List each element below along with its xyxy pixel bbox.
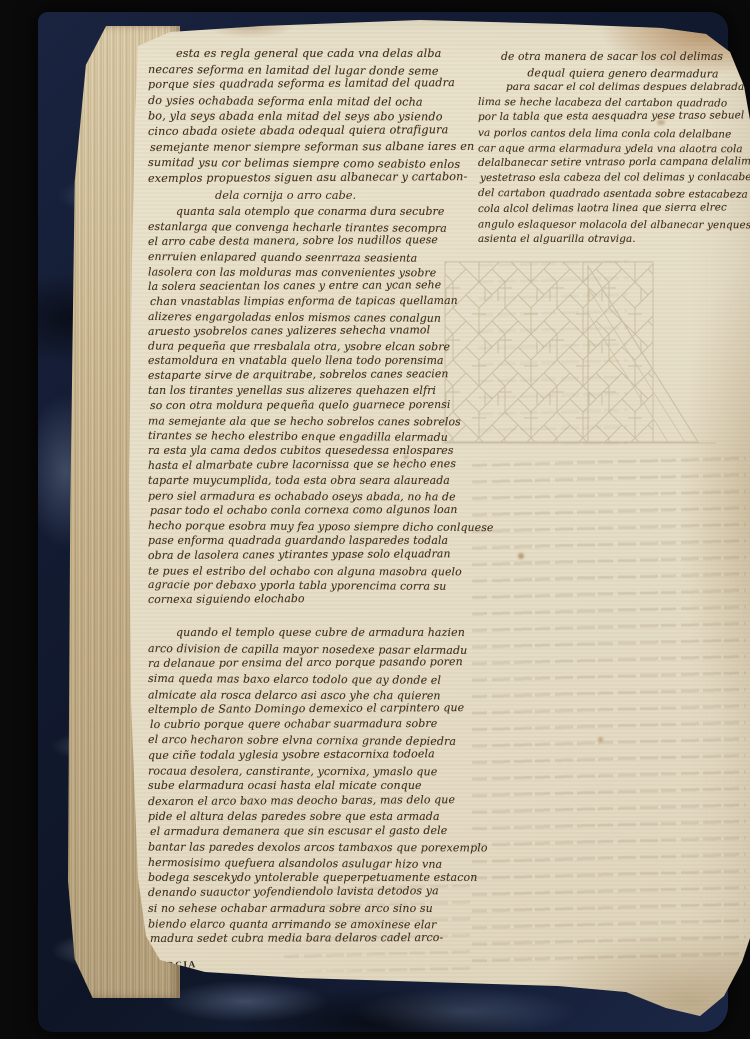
manuscript-line: dexaron el arco baxo mas deocho baras, m… [148, 793, 466, 810]
manuscript-line: va porlos cantos dela lima conla cola de… [478, 127, 746, 144]
manuscript-line: hasta el almarbate cubre lacornissa que … [148, 457, 466, 474]
manuscript-line: dura pequeña que rresbalala otra, ysobre… [148, 340, 466, 356]
manuscript-line: el arro cabe desta manera, sobre los nud… [148, 233, 466, 250]
ink-bleedthrough-area [478, 255, 628, 445]
manuscript-line: de otra manera de sacar los col delimas [478, 50, 746, 66]
manuscript-line: por la tabla que esta aesquadra yese tra… [478, 110, 746, 127]
manuscript-line: yestetraso esla cabeza del col delimas y… [480, 171, 748, 187]
manuscript-line: estaparte sirve de arquitrabe, sobrelos … [148, 367, 466, 384]
manuscript-line: pide el altura delas paredes sobre que e… [148, 810, 466, 825]
paragraph-regla-general: esta es regla general que cada vna delas… [148, 47, 466, 187]
manuscript-line: exemplos propuestos siguen asu albanecar… [148, 170, 466, 188]
foxing-spot [518, 553, 524, 559]
section-heading-cornija: dela cornija o arro cabe. [215, 188, 356, 202]
manuscript-line: si no sehese ochabar armadura sobre arco… [148, 902, 466, 917]
manuscript-line: ma semejante ala que se hecho sobrelos c… [148, 415, 466, 431]
paragraph-gap [148, 608, 466, 626]
manuscript-line: lo cubrio porque quere ochabar suarmadur… [150, 717, 468, 733]
left-text-column: esta es regla general que cada vna delas… [148, 47, 466, 187]
manuscript-line: chan vnastablas limpias enforma de tapic… [150, 294, 468, 310]
manuscript-line: para sacar el col delimas despues delabr… [478, 81, 746, 96]
manuscript-line: madura sedet cubra media bara delaros ca… [150, 931, 468, 947]
manuscript-line: quanta sala otemplo que conarma dura sec… [148, 205, 466, 220]
manuscript-line: tan los tirantes yenellas sus alizeres q… [148, 384, 466, 399]
manuscript-line: quando el templo quese cubre de armadura… [148, 626, 466, 641]
manuscript-line: pase enforma quadrada guardando laspared… [148, 534, 466, 549]
right-text-column: de otra manera de sacar los col delimasd… [478, 50, 746, 248]
manuscript-line: eltemplo de Santo Domingo demexico el ca… [148, 701, 466, 718]
manuscript-line: hermosisimo quefuera alsandolos asulugar… [148, 856, 466, 873]
manuscript-line: ra delanaue por ensima del arco porque p… [148, 655, 466, 672]
ink-bleedthrough-area [472, 455, 746, 967]
manuscript-line: dequal quiera genero dearmadura [478, 66, 746, 83]
manuscript-line: denando suauctor yofendiendolo lavista d… [148, 884, 466, 901]
manuscript-line: la solera seacientan los canes y entre c… [148, 278, 466, 295]
manuscript-line: delalbanecar setire vntraso porla campan… [478, 155, 746, 172]
manuscript-line: cinco abada osiete abada odequal quiera … [148, 123, 466, 141]
manuscript-line: asienta el alguarilla otraviga. [478, 233, 746, 248]
foxing-spot [598, 737, 603, 742]
photograph-of-open-manuscript-book: esta es regla general que cada vna delas… [0, 0, 750, 1039]
manuscript-line: aruesto ysobrelos canes yalizeres sehech… [148, 323, 466, 340]
paragraph-col-delimas: para sacar el col delimas despues delabr… [478, 81, 746, 248]
manuscript-line: cola alcol delimas laotra linea que sier… [478, 201, 746, 218]
manuscript-line: bantar las paredes dexolos arcos tambaxo… [148, 841, 466, 857]
manuscript-line: porque sies quadrada seforma es lamitad … [148, 76, 466, 94]
manuscript-line: sube elarmadura ocasi hasta elal micate … [148, 779, 466, 794]
manuscript-line: el armadura demanera que sin escusar el … [150, 824, 468, 840]
manuscript-line: taparte muycumplida, toda esta obra sear… [148, 474, 466, 489]
manuscript-line: hecho porque esobra muy fea yposo siempr… [148, 519, 466, 536]
manuscript-line: angulo eslaquesor molacola del albanecar… [478, 218, 746, 234]
left-text-column: quanta sala otemplo que conarma dura sec… [148, 205, 466, 948]
manuscript-line: que ciñe todala yglesia ysobre estacorni… [148, 747, 466, 764]
manuscript-line: semejante menor siempre seforman sus alb… [150, 139, 468, 156]
manuscript-line: obra de lasolera canes ytirantes ypase s… [148, 547, 466, 564]
manuscript-line: pasar todo el ochabo conla cornexa como … [150, 503, 468, 519]
manuscript-line: sima queda mas baxo elarco todolo que ay… [148, 672, 466, 689]
manuscript-line: so con otra moldura pequeña quelo guarne… [150, 398, 468, 414]
manuscript-line: esta es regla general que cada vna delas… [148, 47, 466, 63]
section-heading-col-delimas: de otra manera de sacar los col delimasd… [478, 50, 746, 81]
manuscript-line: cornexa siguiendo elochabo [148, 591, 466, 608]
paragraph-arrocabe: quanta sala otemplo que conarma dura sec… [148, 205, 466, 608]
manuscript-line: enrruien enlapared quando seenrraza seas… [148, 250, 466, 267]
paragraph-santo-domingo: quando el templo quese cubre de armadura… [148, 626, 466, 947]
manuscript-line: rocaua desolera, canstirante, ycornixa, … [148, 764, 466, 780]
manuscript-line: tirantes se hecho elestribo enque engadi… [148, 429, 466, 446]
